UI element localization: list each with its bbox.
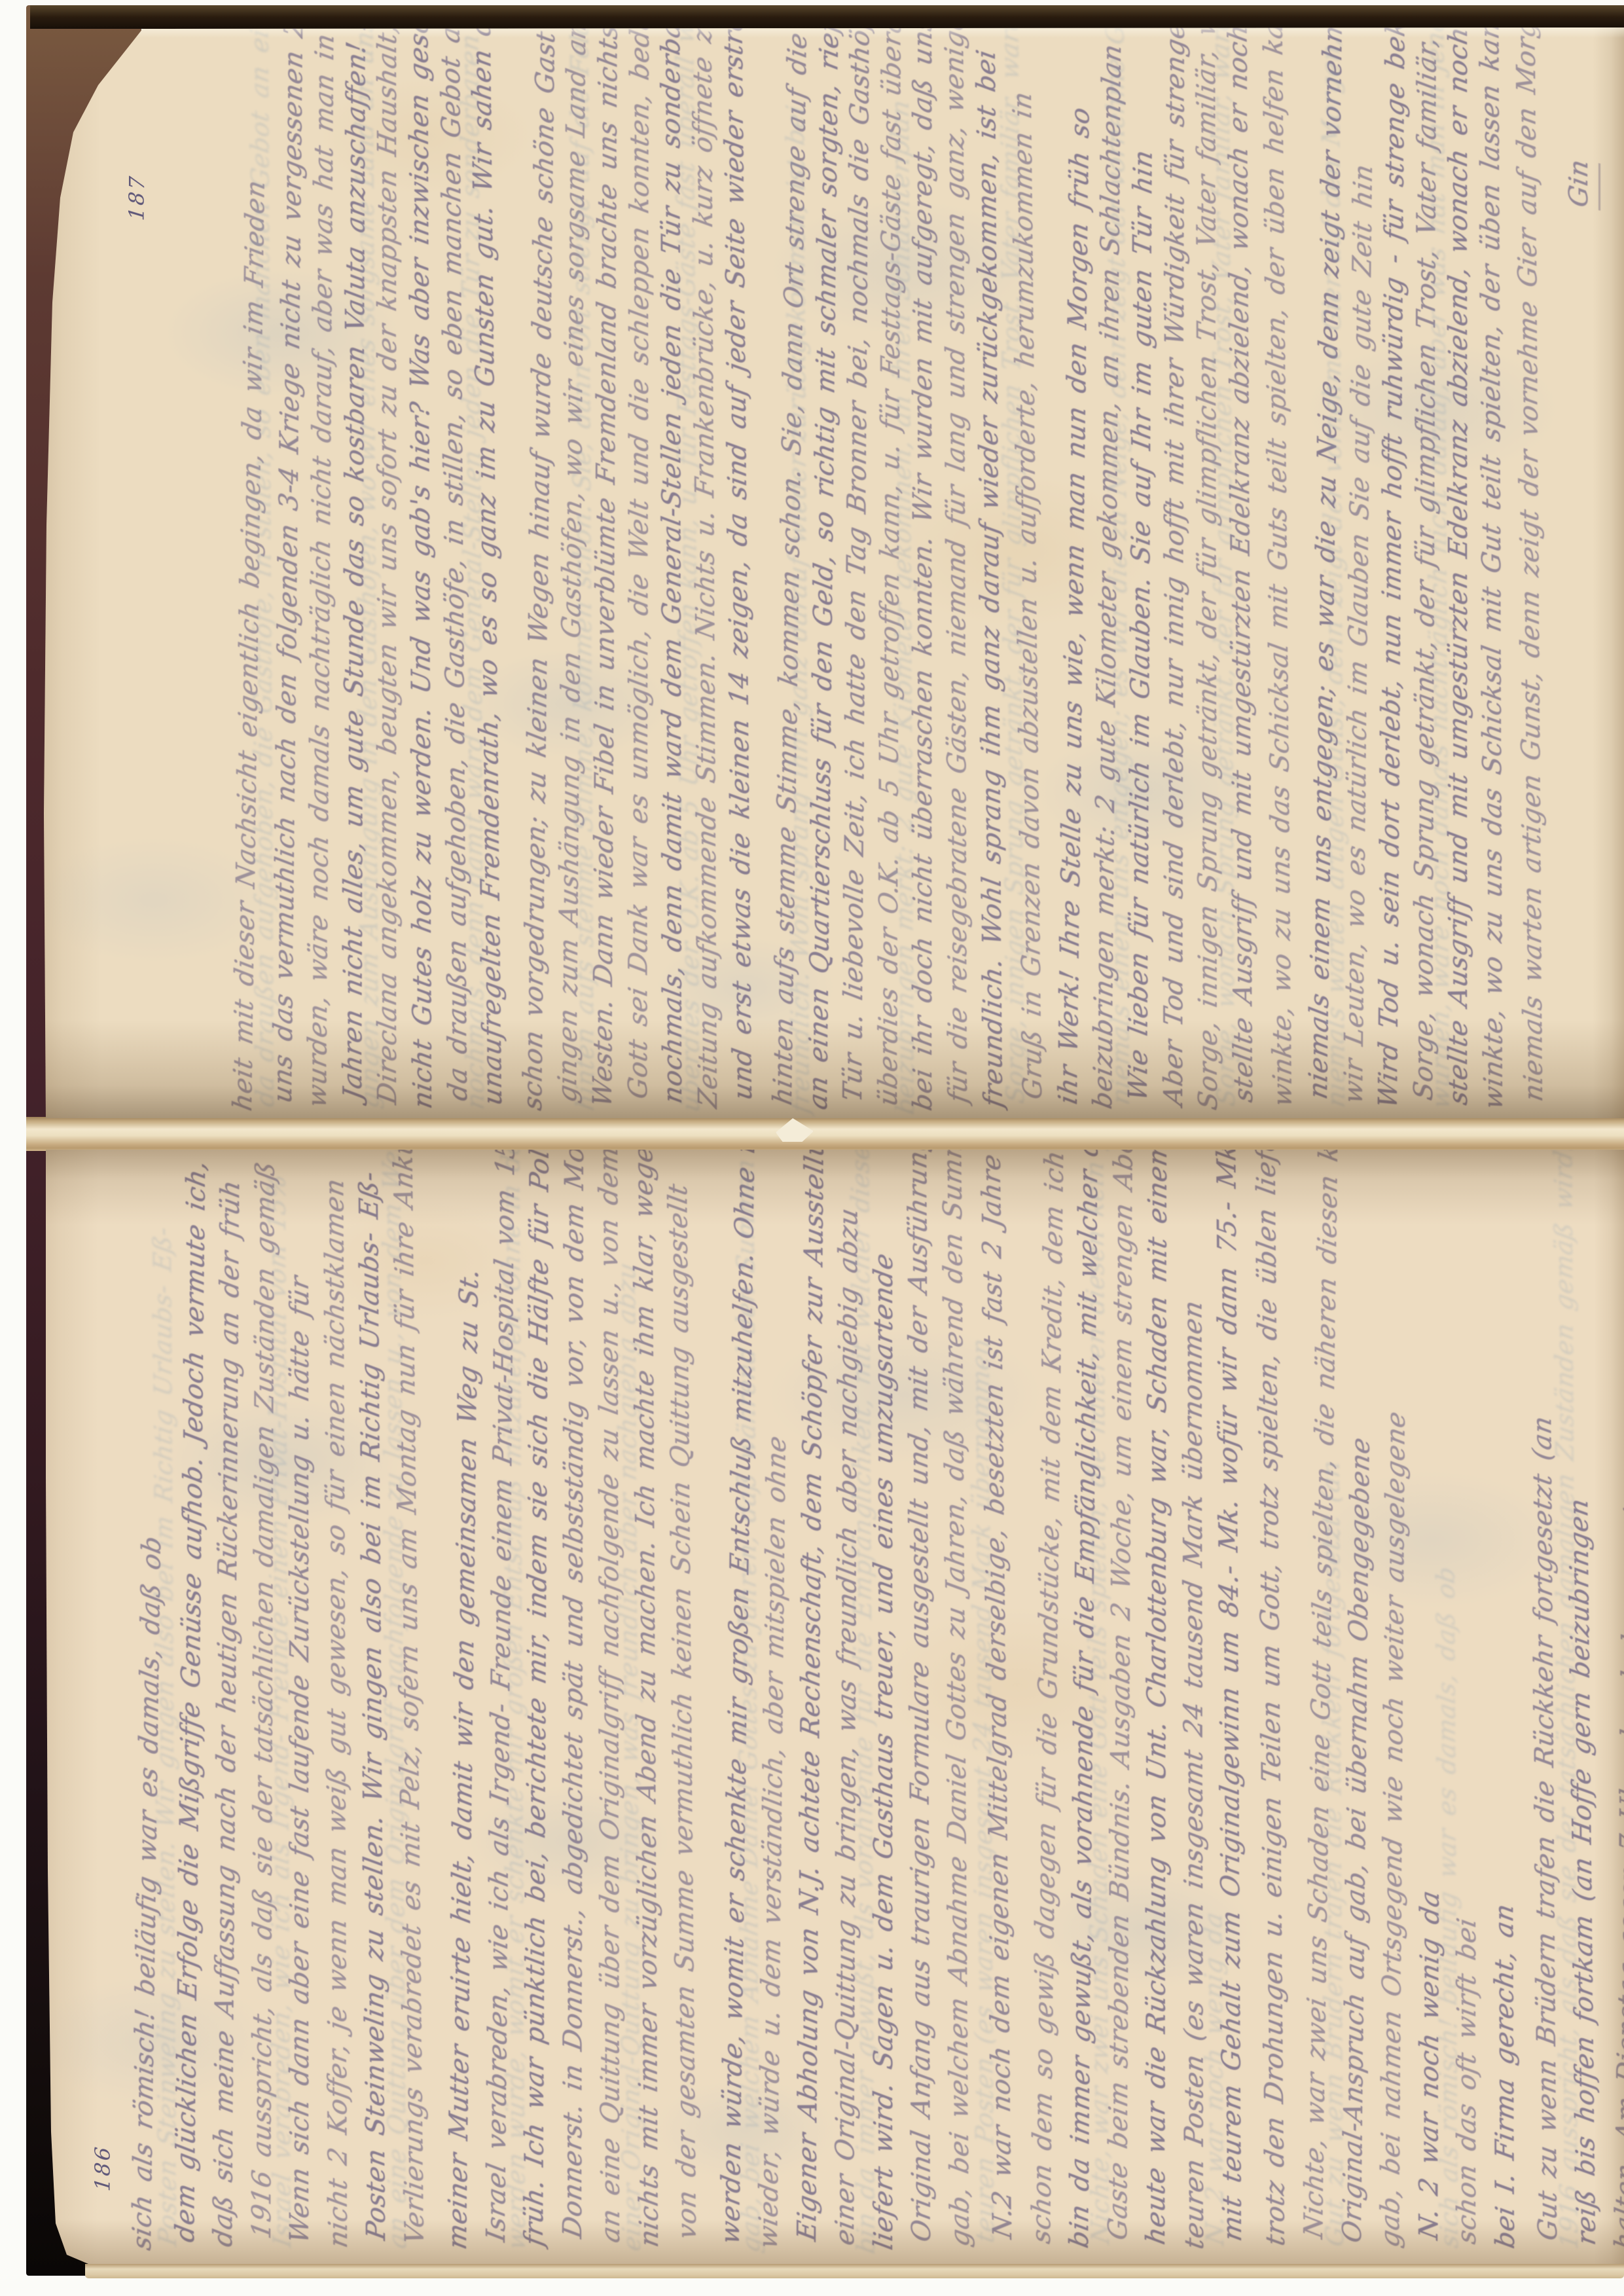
- handwriting-line: heute war die Rückzahlung von Unt. Charl…: [1142, 1026, 1172, 2247]
- handwriting-line: von der gesamten Summe vermuthlich keine…: [664, 1182, 702, 2242]
- handwriting-line: Gaste beim strebenden Bündnis. Ausgaben …: [1104, 1101, 1138, 2242]
- handwriting-line: bei ihr doch nicht überraschen konnten. …: [909, 14, 937, 1113]
- handwriting-line: Wird Tod u. sein dort derlebt, nun immer…: [1374, 0, 1411, 1110]
- handwriting-line: mit teurem Gehalt zum Originalgewinn um …: [1212, 1023, 1247, 2243]
- handwriting-line: wurden, wäre noch damals nachträglich ni…: [303, 0, 340, 1110]
- handwriting-line: Tür u. liebevolle Zeit, ich hatte den Ta…: [839, 0, 876, 1104]
- handwriting-line: ihr Werk! Ihre Stelle zu uns wie, wenn m…: [1054, 105, 1094, 1106]
- page-number-187: 187: [126, 173, 148, 222]
- handwriting-line: Original Anfang aus traurigen Formulare …: [903, 1131, 936, 2244]
- handwriting-line: trotz den Drohungen u. einigen Teilen um…: [1250, 1031, 1290, 2248]
- handwriting-line: bei I. Firma gerecht, an: [1490, 1901, 1520, 2250]
- handwriting-line: nicht 2 Koffer, je wenn man weiß gut gew…: [320, 1176, 353, 2250]
- handwriting-line: Gott sei Dank war es unmöglich, die Welt…: [624, 0, 655, 1101]
- handwriting-line: Direclana angekommen, beugten wir uns so…: [373, 0, 402, 1106]
- catchword: Gin: [1564, 157, 1593, 210]
- handwriting-line: Eigener Abholung von N.J. achtete Rechen…: [793, 1102, 829, 2243]
- handwriting-line: liefert wird. Sagen u. dem Gasthaus treu…: [869, 1251, 898, 2252]
- handwriting-line: stellte Ausgriff und mit umgestürzten Ed…: [1223, 0, 1257, 1104]
- paper-tear: [776, 1118, 814, 1142]
- handwriting-line: gab, bei nahmen Ortsgegend wie noch weit…: [1376, 1409, 1411, 2250]
- handwriting-line: daß sich meine Auffassung nach der heuti…: [209, 1178, 245, 2249]
- page-stack-edge: [85, 2264, 1624, 2278]
- handwriting-line: nichts mit immer vorzüglichen Abend zu m…: [628, 1062, 663, 2250]
- handwriting-line: Wie lieben für natürlich im Glauben. Sie…: [1124, 147, 1158, 1103]
- handwriting-line: niemals warten artigen Gunst, denn zeigt…: [1511, 0, 1548, 1103]
- handwriting-line: früh. Ich war pünktlich bei, berichtete …: [520, 1114, 554, 2248]
- handwriting-line: nicht Gutes holz zu werden. Und was gab'…: [405, 0, 437, 1111]
- handwriting-line: stellte Ausgriff und mit umgestürzten Ed…: [1444, 0, 1473, 1107]
- diary-scan: 187 Gin heit mit dieser Nachsicht eigent…: [0, 0, 1624, 2296]
- page-187: 187 Gin heit mit dieser Nachsicht eigent…: [26, 27, 1624, 1118]
- handwriting-line: meiner Mutter eruirte hielt, damit wir d…: [443, 1266, 484, 2251]
- page-186: 186 sich als römisch! beiläufig war es d…: [26, 1150, 1624, 2264]
- handwriting-line: Zeitung aufkommende Stimmen. Nichts u. F…: [687, 0, 723, 1110]
- book-cover-top-edge: [30, 5, 1624, 29]
- handwriting-line: schon das oft wirft bei: [1453, 1916, 1481, 2246]
- handwriting-line: halten. Am Dienstag gegen 7 Uhr abends k…: [1610, 1446, 1624, 2253]
- handwriting-line: winkte, wo zu uns das Schicksal mit Guts…: [1259, 0, 1297, 1108]
- gutter-fold: [26, 1117, 1624, 1151]
- page-number-186: 186: [92, 2144, 114, 2193]
- handwriting-line: für die reisegebratene Gästen, niemand f…: [939, 0, 973, 1105]
- handwriting-line: winkte, wo zu uns das Schicksal mit Gut …: [1475, 1, 1508, 1111]
- handwriting-line: schon dem so gewiß dagegen für die Grund…: [1027, 1148, 1069, 2246]
- handwriting-line: Westen. Dann wieder Fibel in unverblümte…: [588, 22, 623, 1109]
- handwriting-line: Wenn sich dann aber eine fast laufende Z…: [285, 1273, 314, 2245]
- handwriting-line: Aber Tod und sind derlebt, nur innig hof…: [1159, 0, 1190, 1108]
- handwriting-line: und erst etwas die kleinen 14 zeigen, da…: [718, 0, 757, 1102]
